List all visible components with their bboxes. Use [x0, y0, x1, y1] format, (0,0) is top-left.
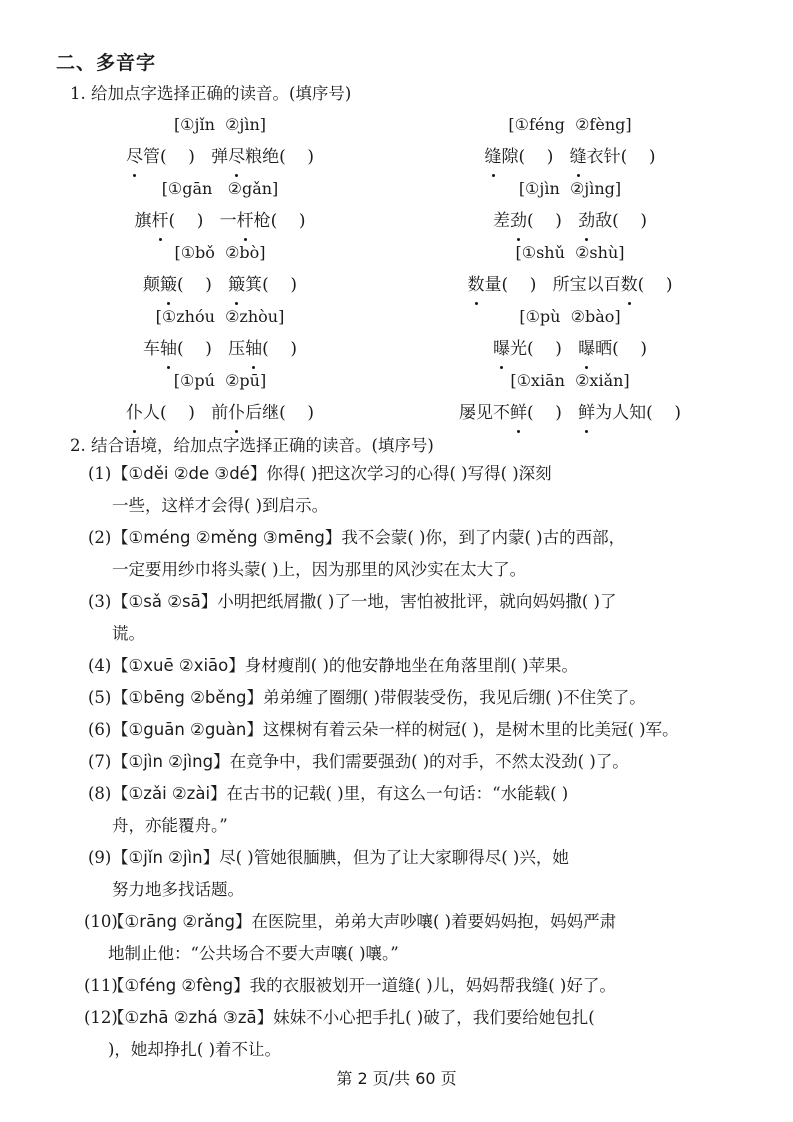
word-line: 旗杆( ) 一杆枪( ): [40, 204, 400, 238]
pair-group-6: [①zhóu ②zhòu] 车轴( ) 压轴( ): [40, 302, 400, 366]
question-item-7: (7)【①jìn ②jìng】在竞争中，我们需要强劲( )的对手，不然太没劲( …: [88, 746, 768, 778]
pair-group-8: [①pú ②pū] 仆人( ) 前仆后继( ): [40, 366, 400, 430]
pinyin-options: [①shǔ ②shù]: [390, 238, 750, 268]
pinyin-options: [①jìn ②jìng]: [390, 174, 750, 204]
pair-group-1: [①féng ②fèng] 缝隙( ) 缝衣针( ): [390, 110, 750, 174]
question-1-title: 1. 给加点字选择正确的读音。(填序号): [70, 80, 351, 104]
question-2-title: 2. 结合语境，给加点字选择正确的读音。(填序号): [70, 432, 434, 456]
pinyin-options: [①bǒ ②bò]: [40, 238, 400, 268]
question-item-8: (8)【①zǎi ②zài】在古书的记载( )里，有这么一句话：“水能载( ) …: [88, 778, 768, 842]
pinyin-options: [①pù ②bào]: [390, 302, 750, 332]
question-item-10: (10)【①rāng ②rǎng】在医院里，弟弟大声吵嚷( )着要妈妈抱，妈妈严…: [84, 906, 764, 970]
pinyin-options: [①jǐn ②jìn]: [40, 110, 400, 140]
pinyin-options: [①gān ②gǎn]: [40, 174, 400, 204]
pair-group-0: [①jǐn ②jìn] 尽管( ) 弹尽粮绝( ): [40, 110, 400, 174]
word-line: 差劲( ) 劲敌( ): [390, 204, 750, 238]
section-title: 二、多音字: [56, 48, 156, 75]
question-item-12: (12)【①zhā ②zhá ③zā】妹妹不小心把手扎( )破了，我们要给她包扎…: [84, 1002, 764, 1066]
pair-group-5: [①shǔ ②shù] 数量( ) 所宝以百数( ): [390, 238, 750, 302]
document-page: 二、多音字 1. 给加点字选择正确的读音。(填序号) [①jǐn ②jìn] 尽…: [0, 0, 793, 1122]
word-line: 数量( ) 所宝以百数( ): [390, 268, 750, 302]
pinyin-options: [①zhóu ②zhòu]: [40, 302, 400, 332]
pair-group-7: [①pù ②bào] 曝光( ) 曝晒( ): [390, 302, 750, 366]
pair-group-9: [①xiān ②xiǎn] 屡见不鲜( ) 鲜为人知( ): [390, 366, 750, 430]
word-line: 车轴( ) 压轴( ): [40, 332, 400, 366]
pinyin-options: [①pú ②pū]: [40, 366, 400, 396]
pinyin-options: [①féng ②fèng]: [390, 110, 750, 140]
question-item-6: (6)【①guān ②guàn】这棵树有着云朵一样的树冠( )，是树木里的比美冠…: [88, 714, 768, 746]
question-item-2: (2)【①méng ②měng ③mēng】我不会蒙( )你，到了内蒙( )古的…: [88, 522, 768, 586]
pinyin-options: [①xiān ②xiǎn]: [390, 366, 750, 396]
question-item-9: (9)【①jǐn ②jìn】尽( )管她很腼腆，但为了让大家聊得尽( )兴，她 …: [88, 842, 768, 906]
pair-group-3: [①jìn ②jìng] 差劲( ) 劲敌( ): [390, 174, 750, 238]
word-line: 曝光( ) 曝晒( ): [390, 332, 750, 366]
word-line: 仆人( ) 前仆后继( ): [40, 396, 400, 430]
question-item-3: (3)【①sǎ ②sā】小明把纸屑撒( )了一地，害怕被批评，就向妈妈撒( )了…: [88, 586, 768, 650]
pair-group-4: [①bǒ ②bò] 颠簸( ) 簸箕( ): [40, 238, 400, 302]
word-line: 颠簸( ) 簸箕( ): [40, 268, 400, 302]
page-footer: 第 2 页/共 60 页: [0, 1066, 793, 1089]
pair-group-2: [①gān ②gǎn] 旗杆( ) 一杆枪( ): [40, 174, 400, 238]
question-item-5: (5)【①bēng ②běng】弟弟缠了圈绷( )带假装受伤，我见后绷( )不住…: [88, 682, 768, 714]
question-item-1: (1)【①děi ②de ③dé】你得( )把这次学习的心得( )写得( )深刻…: [88, 458, 768, 522]
word-line: 尽管( ) 弹尽粮绝( ): [40, 140, 400, 174]
question-item-4: (4)【①xuē ②xiāo】身材瘦削( )的他安静地坐在角落里削( )苹果。: [88, 650, 768, 682]
word-line: 屡见不鲜( ) 鲜为人知( ): [390, 396, 750, 430]
question-item-11: (11)【①féng ②fèng】我的衣服被划开一道缝( )儿，妈妈帮我缝( )…: [84, 970, 764, 1002]
word-line: 缝隙( ) 缝衣针( ): [390, 140, 750, 174]
